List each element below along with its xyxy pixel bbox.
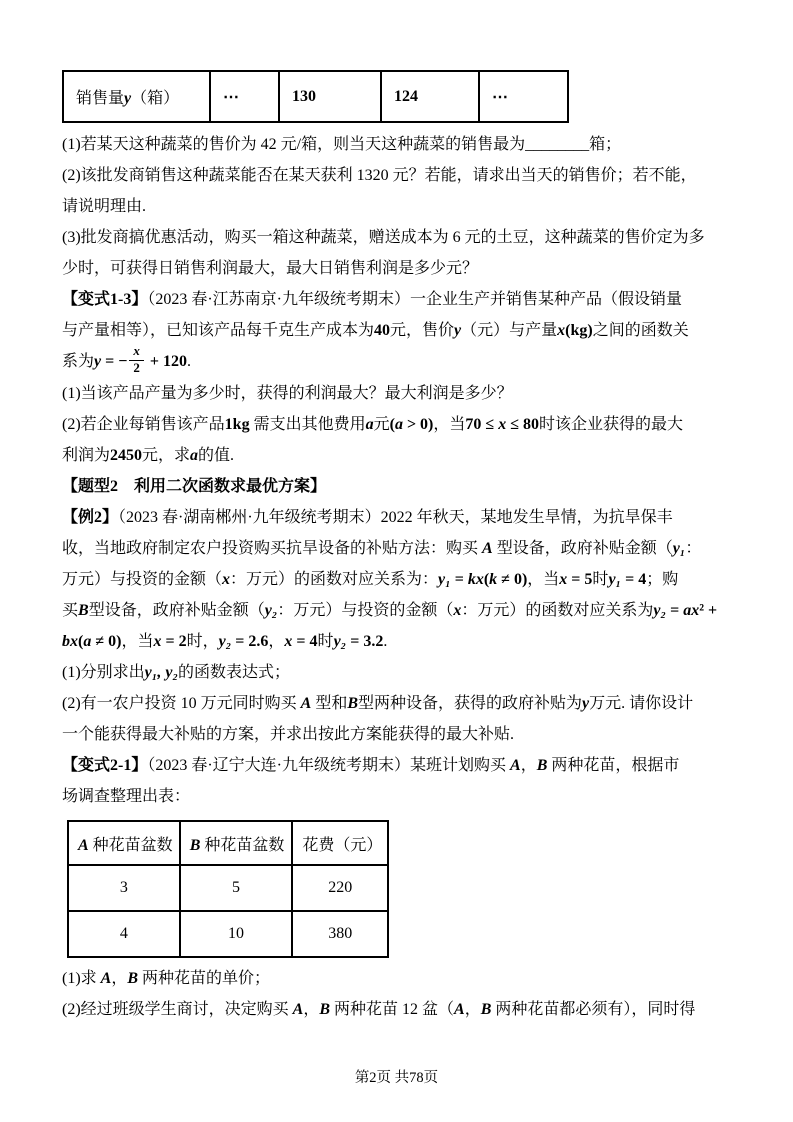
text-segment: B — [127, 970, 138, 987]
paragraph-line-0: (1)若某天这种蔬菜的售价为 42 元/箱，则当天这种蔬菜的销售最为______… — [62, 129, 734, 160]
flower-table-header-a: A 种花苗盆数 — [68, 821, 180, 865]
table-cell: 10 — [180, 911, 293, 957]
text-segment: 的值. — [198, 447, 234, 464]
paragraph-line-2: 请说明理由. — [62, 191, 734, 222]
table-cell: 3 — [68, 865, 180, 911]
text-segment: > 0) — [403, 416, 433, 433]
sales-table-cell-ellipsis-left: ⋯ — [210, 71, 279, 122]
text-segment: ： — [685, 540, 701, 557]
text-segment: 需支出其他费用 — [250, 416, 366, 433]
text-segment: 时 — [592, 571, 608, 588]
text-segment: 两种花苗的单价； — [138, 970, 270, 987]
sales-table-cell-label: 销售量y（箱） — [63, 71, 210, 122]
paragraph-line-15: 买B型设备，政府补贴金额（y₂：万元）与投资的金额（x：万元）的函数对应关系为y… — [62, 595, 734, 626]
text-segment: B — [537, 757, 548, 774]
text-segment: 一个能获得最大补贴的方案，并求出按此方案能获得的最大补贴. — [62, 726, 514, 743]
text-segment: 2450 — [110, 447, 142, 464]
text-block-2: (1)求 A，B 两种花苗的单价；(2)经过班级学生商讨，决定购买 A，B 两种… — [62, 963, 734, 1025]
text-segment: 收，当地政府制定农户投资购买抗旱设备的补贴方法：购买 — [62, 540, 482, 557]
text-block-1: (1)若某天这种蔬菜的售价为 42 元/箱，则当天这种蔬菜的销售最为______… — [62, 129, 734, 812]
text-segment: + 120 — [146, 353, 187, 370]
text-segment: ：万元）的函数对应关系为： — [230, 571, 438, 588]
text-segment: a — [366, 416, 374, 433]
text-segment: 【变式1-3】 — [62, 291, 147, 308]
text-segment: = — [666, 602, 683, 619]
text-segment: A — [482, 540, 493, 557]
text-segment: kx — [468, 571, 484, 588]
paragraph-line-1: (2)经过班级学生商讨，决定购买 A，B 两种花苗 12 盆（A，B 两种花苗都… — [62, 994, 734, 1025]
page-number-footer: 第2页 共78页 — [0, 1066, 793, 1087]
text-segment: ，当 — [121, 633, 153, 650]
text-segment: A — [510, 757, 521, 774]
paragraph-line-16: bx(a ≠ 0)，当x = 2时，y₂ = 2.6，x = 4时y₂ = 3.… — [62, 626, 734, 657]
text-segment: 两种花苗都必须有），同时得 — [491, 1001, 695, 1018]
paragraph-line-21: 场调查整理出表： — [62, 781, 734, 812]
paragraph-line-1: (2)该批发商销售这种蔬菜能否在某天获利 1320 元？若能，请求出当天的销售价… — [62, 160, 734, 191]
sales-table-row: 销售量y（箱） ⋯ 130 124 ⋯ — [63, 71, 568, 122]
text-segment: 买 — [62, 602, 78, 619]
text-segment: A — [293, 1001, 304, 1018]
text-segment: B — [78, 602, 89, 619]
flower-table-header-b: B 种花苗盆数 — [180, 821, 293, 865]
text-segment: 少时，可获得日销售利润最大，最大日销售利润是多少元？ — [62, 260, 478, 277]
paragraph-line-13: 收，当地政府制定农户投资购买抗旱设备的补贴方法：购买 A 型设备，政府补贴金额（… — [62, 533, 734, 564]
text-segment: ，当 — [433, 416, 465, 433]
paragraph-line-19: 一个能获得最大补贴的方案，并求出按此方案能获得的最大补贴. — [62, 719, 734, 750]
text-segment: = — [451, 571, 468, 588]
text-segment: y₂ — [219, 633, 232, 650]
paragraph-line-3: (3)批发商搞优惠活动，购买一箱这种蔬菜，赠送成本为 6 元的土豆，这种蔬菜的售… — [62, 222, 734, 253]
text-segment: (kg) — [565, 322, 593, 339]
paragraph-line-8: (1)当该产品产量为多少时，获得的利润最大？最大利润是多少？ — [62, 378, 734, 409]
text-segment: x — [498, 416, 506, 433]
text-segment: B — [190, 837, 201, 854]
text-segment: (2)该批发商销售这种蔬菜能否在某天获利 1320 元？若能，请求出当天的销售价… — [62, 167, 697, 184]
text-segment: 种花苗盆数 — [200, 837, 284, 854]
text-segment: 元，求 — [142, 447, 190, 464]
text-segment: ， — [111, 970, 127, 987]
text-segment: A — [101, 970, 112, 987]
text-segment: y₁ — [608, 571, 621, 588]
table-cell: 4 — [68, 911, 180, 957]
flower-table-header-row: A 种花苗盆数 B 种花苗盆数 花费（元） — [68, 821, 388, 865]
paragraph-line-17: (1)分别求出y₁, y₂的函数表达式； — [62, 657, 734, 688]
text-segment: 元 — [374, 416, 390, 433]
paragraph-line-6: 与产量相等），已知该产品每千克生产成本为40元，售价y（元）与产量x(kg)之间… — [62, 315, 734, 346]
text-segment: ² + — [699, 602, 717, 619]
text-segment: = 3.2 — [346, 633, 383, 650]
sales-table-cell-ellipsis-right: ⋯ — [479, 71, 568, 122]
text-segment: 70 ≤ — [465, 416, 498, 433]
paragraph-line-20: 【变式2-1】（2023 春·辽宁大连·九年级统考期末）某班计划购买 A，B 两… — [62, 750, 734, 781]
text-segment: = 2 — [161, 633, 186, 650]
text-segment: 【例2】 — [62, 509, 118, 526]
paragraph-line-14: 万元）与投资的金额（x：万元）的函数对应关系为：y₁ = kx(k ≠ 0)，当… — [62, 564, 734, 595]
text-segment: ；购 — [646, 571, 678, 588]
text-segment: 利润为 — [62, 447, 110, 464]
text-segment: 两种花苗，根据市 — [547, 757, 679, 774]
paragraph-line-12: 【例2】（2023 春·湖南郴州·九年级统考期末）2022 年秋天，某地发生旱情… — [62, 502, 734, 533]
text-segment: (3)批发商搞优惠活动，购买一箱这种蔬菜，赠送成本为 6 元的土豆，这种蔬菜的售… — [62, 229, 705, 246]
text-segment: 40 — [374, 322, 390, 339]
text-segment: bx — [62, 633, 78, 650]
text-segment: ax — [683, 602, 699, 619]
text-segment: 130 — [292, 88, 316, 105]
text-segment: a — [190, 447, 198, 464]
text-segment: ， — [465, 1001, 481, 1018]
text-segment: = 2.6 — [231, 633, 268, 650]
text-segment: (1)分别求出 — [62, 664, 145, 681]
text-segment: A — [301, 695, 312, 712]
text-segment: ≠ 0) — [497, 571, 527, 588]
text-segment: B — [481, 1001, 492, 1018]
text-segment: 两种花苗 12 盆（ — [330, 1001, 454, 1018]
paragraph-line-11: 【题型2 利用二次函数求最优方案】 — [62, 471, 734, 502]
text-segment: （2023 春·辽宁大连·九年级统考期末）某班计划购买 — [147, 757, 510, 774]
document-page: 销售量y（箱） ⋯ 130 124 ⋯ (1)若某天这种蔬菜的售价为 42 元/… — [0, 0, 793, 1122]
paragraph-line-0: (1)求 A，B 两种花苗的单价； — [62, 963, 734, 994]
text-segment: 型两种设备，获得的政府补贴为 — [358, 695, 582, 712]
text-segment: (1)求 — [62, 970, 101, 987]
text-segment: 花费（元） — [302, 837, 382, 854]
text-segment: ， — [303, 1001, 319, 1018]
text-segment: 之间的函数关 — [593, 322, 689, 339]
text-segment: 时该企业获得的最大 — [539, 416, 683, 433]
paragraph-line-10: 利润为2450元，求a的值. — [62, 440, 734, 471]
page-content: 销售量y（箱） ⋯ 130 124 ⋯ (1)若某天这种蔬菜的售价为 42 元/… — [62, 70, 734, 1025]
flower-table-row-1: 3 5 220 — [68, 865, 388, 911]
text-segment: y₁ — [673, 540, 686, 557]
table-cell: 380 — [292, 911, 388, 957]
text-segment: (1)若某天这种蔬菜的售价为 42 元/箱，则当天这种蔬菜的销售最为______… — [62, 136, 621, 153]
text-segment: = 5 — [567, 571, 592, 588]
text-segment: . — [187, 353, 191, 370]
text-segment: = 4 — [621, 571, 646, 588]
text-segment: 的函数表达式； — [178, 664, 290, 681]
text-segment: 万元）与投资的金额（ — [62, 571, 222, 588]
paragraph-line-9: (2)若企业每销售该产品1kg 需支出其他费用a元(a > 0)，当70 ≤ x… — [62, 409, 734, 440]
text-segment: 124 — [394, 88, 418, 105]
paragraph-line-7: 系为y = −x2 + 120. — [62, 346, 734, 378]
text-segment: = 4 — [292, 633, 317, 650]
text-segment: （2023 春·湖南郴州·九年级统考期末）2022 年秋天，某地发生旱情，为抗旱… — [118, 509, 673, 526]
text-segment: k — [489, 571, 497, 588]
text-segment: 请说明理由. — [62, 198, 146, 215]
paragraph-line-4: 少时，可获得日销售利润最大，最大日销售利润是多少元？ — [62, 253, 734, 284]
text-segment: y₂ — [334, 633, 347, 650]
text-segment: ：万元）与投资的金额（ — [277, 602, 453, 619]
text-segment: （元）与产量 — [461, 322, 557, 339]
sales-table-cell-124: 124 — [381, 71, 479, 122]
text-segment: 销售量 — [76, 90, 124, 107]
text-segment: ， — [521, 757, 537, 774]
text-segment: = − — [101, 353, 127, 370]
text-segment: 型和 — [311, 695, 347, 712]
text-segment: y₂ — [265, 602, 278, 619]
text-segment: y₁ — [438, 571, 451, 588]
text-segment: （2023 春·江苏南京·九年级统考期末）一企业生产并销售某种产品（假设销量 — [147, 291, 682, 308]
text-segment: 元，售价 — [390, 322, 454, 339]
text-segment: ， — [268, 633, 284, 650]
table-cell: 5 — [180, 865, 293, 911]
text-segment: A — [454, 1001, 465, 1018]
text-segment: 时， — [187, 633, 219, 650]
text-segment: ，当 — [527, 571, 559, 588]
paragraph-line-5: 【变式1-3】（2023 春·江苏南京·九年级统考期末）一企业生产并销售某种产品… — [62, 284, 734, 315]
text-segment: 【变式2-1】 — [62, 757, 147, 774]
text-segment: 与产量相等），已知该产品每千克生产成本为 — [62, 322, 374, 339]
text-segment: 系为 — [62, 353, 94, 370]
text-segment: (2)经过班级学生商讨，决定购买 — [62, 1001, 293, 1018]
text-segment: x — [557, 322, 565, 339]
paragraph-line-18: (2)有一农户投资 10 万元同时购买 A 型和B型两种设备，获得的政府补贴为y… — [62, 688, 734, 719]
text-segment: B — [319, 1001, 330, 1018]
text-segment: ⋯ — [492, 89, 508, 106]
text-segment: 时 — [318, 633, 334, 650]
sales-table-cell-130: 130 — [279, 71, 381, 122]
text-segment: 型设备，政府补贴金额（ — [89, 602, 265, 619]
fraction: x2 — [129, 344, 144, 376]
text-segment: a — [395, 416, 403, 433]
text-segment: A — [78, 837, 89, 854]
text-segment: 1kg — [225, 416, 250, 433]
table-cell: 220 — [292, 865, 388, 911]
text-segment: ≠ 0) — [91, 633, 121, 650]
sales-volume-table: 销售量y（箱） ⋯ 130 124 ⋯ — [62, 70, 569, 123]
text-segment: y₂ — [653, 602, 666, 619]
flower-table-header-cost: 花费（元） — [292, 821, 388, 865]
text-segment: B — [347, 695, 358, 712]
text-segment: 【题型2 利用二次函数求最优方案】 — [62, 478, 326, 495]
text-segment: （箱） — [131, 90, 179, 107]
text-segment: . — [383, 633, 387, 650]
text-segment: ⋯ — [223, 89, 239, 106]
text-segment: ≤ 80 — [506, 416, 539, 433]
text-segment: 种花苗盆数 — [89, 837, 173, 854]
text-segment: x — [222, 571, 230, 588]
text-segment: 场调查整理出表： — [62, 788, 190, 805]
text-segment: (1)当该产品产量为多少时，获得的利润最大？最大利润是多少？ — [62, 385, 513, 402]
text-segment: 型设备，政府补贴金额（ — [493, 540, 673, 557]
text-segment: (2)有一农户投资 10 万元同时购买 — [62, 695, 301, 712]
flower-table-row-2: 4 10 380 — [68, 911, 388, 957]
text-segment: (2)若企业每销售该产品 — [62, 416, 225, 433]
text-segment: ：万元）的函数对应关系为 — [461, 602, 653, 619]
text-segment: y₁, y₂ — [145, 664, 178, 681]
flower-cost-table: A 种花苗盆数 B 种花苗盆数 花费（元） 3 5 220 4 10 380 — [67, 820, 389, 958]
text-segment: 万元. 请你设计 — [589, 695, 693, 712]
